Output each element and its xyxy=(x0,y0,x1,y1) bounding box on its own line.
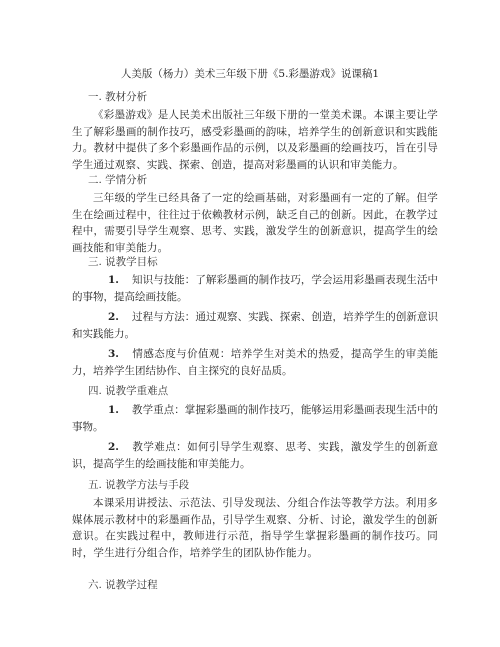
section-paragraph-5: 本课采用讲授法、示范法、引导发现法、分组合作法等教学方法。利用多媒体展示教材中的… xyxy=(72,495,438,561)
section-heading-2: 二. 学情分析 xyxy=(88,172,147,187)
list-item-number: 2. xyxy=(108,439,132,456)
section-heading-3: 三. 说教学目标 xyxy=(88,254,158,269)
list-item: 1.知识与技能：了解彩墨画的制作技巧，学会运用彩墨画表现生活中的事物，提高绘画技… xyxy=(72,272,438,305)
list-item-number: 1. xyxy=(108,402,132,419)
section-heading-5: 五. 说教学方法与手段 xyxy=(88,477,189,492)
list-item-number: 3. xyxy=(108,346,132,363)
section-paragraph-1: 《彩墨游戏》是人民美术出版社三年级下册的一堂美术课。本课主要让学生了解彩墨画的制… xyxy=(72,107,438,173)
list-item: 3.情感态度与价值观：培养学生对美术的热爱，提高学生的审美能力，培养学生团结协作… xyxy=(72,346,438,379)
section-heading-4: 四. 说教学重难点 xyxy=(88,383,168,398)
list-item-number: 2. xyxy=(108,309,132,326)
list-item: 2.教学难点：如何引导学生观察、思考、实践，激发学生的创新意识，提高学生的绘画技… xyxy=(72,439,438,472)
list-item-number: 1. xyxy=(108,272,132,289)
section-paragraph-2: 三年级的学生已经具备了一定的绘画基础，对彩墨画有一定的了解。但学生在绘画过程中，… xyxy=(72,190,438,256)
section-heading-1: 一. 教材分析 xyxy=(88,89,147,104)
document-page: 人美版（杨力）美术三年级下册《5.彩墨游戏》说课稿1 一. 教材分析 《彩墨游戏… xyxy=(0,0,500,647)
section-heading-6: 六. 说教学过程 xyxy=(88,577,158,592)
list-item: 2.过程与方法：通过观察、实践、探索、创造，培养学生的创新意识和实践能力。 xyxy=(72,309,438,342)
document-title: 人美版（杨力）美术三年级下册《5.彩墨游戏》说课稿1 xyxy=(0,66,500,81)
list-item: 1.教学重点：掌握彩墨画的制作技巧，能够运用彩墨画表现生活中的事物。 xyxy=(72,402,438,435)
